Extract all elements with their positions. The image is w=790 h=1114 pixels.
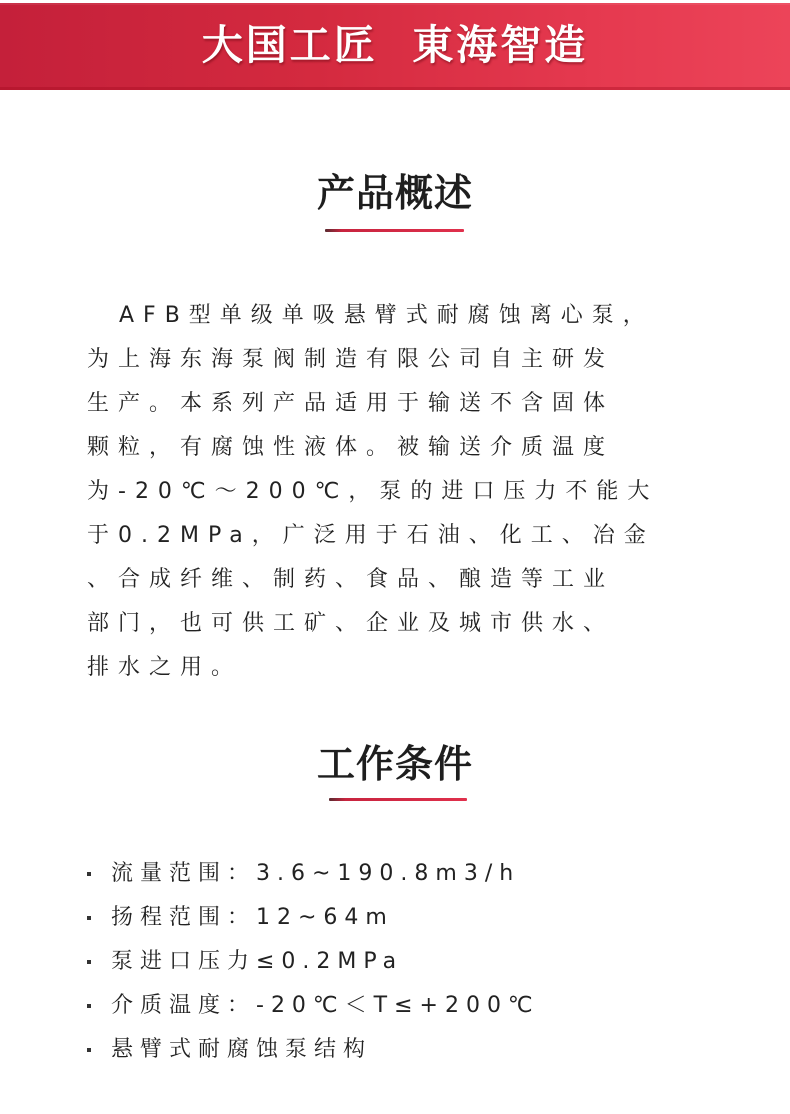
conditions-heading: 工作条件 (0, 745, 790, 783)
bullet-dot-icon (87, 1004, 91, 1008)
list-item: 流量范围：3.6~190.8m3/h (84, 852, 704, 896)
paragraph-line: 颗粒，有腐蚀性液体。被输送介质温度 (87, 426, 727, 470)
medium-temperature-text: 介质温度：-20℃＜T≤+200℃ (111, 984, 540, 1028)
brand-banner: 大国工匠 東海智造 (0, 3, 790, 90)
bullet-dot-icon (87, 916, 91, 920)
list-item: 悬臂式耐腐蚀泵结构 (84, 1028, 704, 1072)
paragraph-line: 为上海东海泵阀制造有限公司自主研发 (87, 338, 727, 382)
bullet-dot-icon (87, 1048, 91, 1052)
list-item: 泵进口压力≤0.2MPa (84, 940, 704, 984)
pump-structure-text: 悬臂式耐腐蚀泵结构 (111, 1028, 372, 1072)
conditions-title-underline (329, 798, 467, 801)
paragraph-line: 、合成纤维、制药、食品、酿造等工业 (87, 558, 727, 602)
head-range-text: 扬程范围：12~64m (111, 896, 394, 940)
overview-title-underline (325, 229, 464, 232)
bullet-dot-icon (87, 960, 91, 964)
list-item: 介质温度：-20℃＜T≤+200℃ (84, 984, 704, 1028)
inlet-pressure-text: 泵进口压力≤0.2MPa (111, 940, 403, 984)
bullet-dot-icon (87, 872, 91, 876)
flow-range-text: 流量范围：3.6~190.8m3/h (111, 852, 520, 896)
paragraph-line: AFB型单级单吸悬臂式耐腐蚀离心泵， (87, 294, 727, 338)
overview-paragraph: AFB型单级单吸悬臂式耐腐蚀离心泵， 为上海东海泵阀制造有限公司自主研发 生产。… (87, 294, 727, 690)
paragraph-line: 部门，也可供工矿、企业及城市供水、 (87, 602, 727, 646)
working-conditions-list: 流量范围：3.6~190.8m3/h 扬程范围：12~64m 泵进口压力≤0.2… (84, 852, 704, 1072)
overview-heading: 产品概述 (0, 174, 790, 212)
paragraph-line: 排水之用。 (87, 646, 727, 690)
paragraph-line: 于0.2MPa，广泛用于石油、化工、冶金 (87, 514, 727, 558)
paragraph-line: 生产。本系列产品适用于输送不含固体 (87, 382, 727, 426)
list-item: 扬程范围：12~64m (84, 896, 704, 940)
overview-title: 产品概述 (317, 174, 473, 212)
conditions-title: 工作条件 (317, 745, 473, 783)
paragraph-line: 为-20℃～200℃，泵的进口压力不能大 (87, 470, 727, 514)
banner-slogan: 大国工匠 東海智造 (202, 25, 589, 66)
